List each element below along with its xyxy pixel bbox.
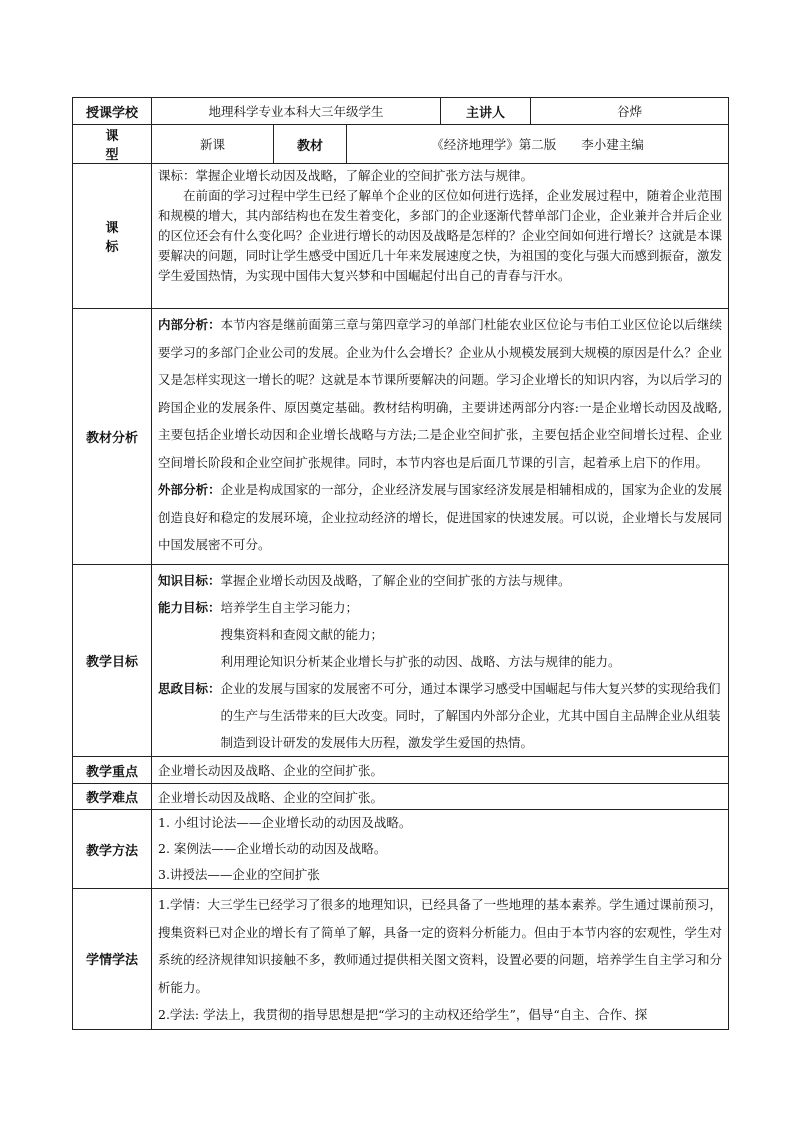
row-type: 课型 新课 教材 《经济地理学》第二版 李小建主编 bbox=[73, 125, 729, 164]
difficulties-text: 企业增长动因及战略、企业的空间扩张。 bbox=[152, 784, 729, 810]
knowledge-goal-text: 掌握企业增长动因及战略，了解企业的空间扩张的方法与规律。 bbox=[221, 567, 722, 594]
row-methods: 教学方法 1. 小组讨论法——企业增长动的动因及战略。 2. 案例法——企业增长… bbox=[73, 810, 729, 889]
row-learning: 学情学法 1.学情：大三学生已经学习了很多的地理知识，已经具备了一些地理的基本素… bbox=[73, 889, 729, 1030]
method-item: 2. 案例法——企业增长动的动因及战略。 bbox=[158, 836, 722, 862]
ability-goal-item: 搜集资料和查阅文献的能力； bbox=[221, 621, 722, 648]
row-difficulties: 教学难点 企业增长动因及战略、企业的空间扩张。 bbox=[73, 784, 729, 810]
textbook-value: 《经济地理学》第二版 李小建主编 bbox=[347, 125, 729, 164]
learning-situation: 1.学情：大三学生已经学习了很多的地理知识，已经具备了一些地理的基本素养。学生通… bbox=[158, 891, 722, 1001]
ideology-goal: 思政目标： 企业的发展与国家的发展密不可分，通过本课学习感受中国崛起与伟大复兴梦… bbox=[158, 675, 722, 756]
row-goals: 教学目标 知识目标： 掌握企业增长动因及战略，了解企业的空间扩张的方法与规律。 … bbox=[73, 565, 729, 757]
row-analysis: 教材分析 内部分析：本节内容是继前面第三章与第四章学习的单部门杜能农业区位论与韦… bbox=[73, 309, 729, 565]
method-item: 1. 小组讨论法——企业增长动的动因及战略。 bbox=[158, 810, 722, 836]
key-points-text: 企业增长动因及战略、企业的空间扩张。 bbox=[152, 757, 729, 784]
method-item: 3.讲授法——企业的空间扩张 bbox=[158, 862, 722, 888]
standard-line: 课标：掌握企业增长动因及战略，了解企业的空间扩张方法与规律。 bbox=[158, 166, 722, 186]
learning-label: 学情学法 bbox=[73, 889, 152, 1030]
methods-label: 教学方法 bbox=[73, 810, 152, 889]
standard-content: 课标：掌握企业增长动因及战略，了解企业的空间扩张方法与规律。 在前面的学习过程中… bbox=[152, 164, 729, 309]
goals-content: 知识目标： 掌握企业增长动因及战略，了解企业的空间扩张的方法与规律。 能力目标：… bbox=[152, 565, 729, 757]
internal-analysis-title: 内部分析： bbox=[158, 317, 221, 332]
analysis-label: 教材分析 bbox=[73, 309, 152, 565]
lecturer-label: 主讲人 bbox=[441, 98, 531, 125]
goals-label: 教学目标 bbox=[73, 565, 152, 757]
external-analysis-text: 企业是构成国家的一部分，企业经济发展与国家经济发展是相辅相成的，国家为企业的发展… bbox=[158, 482, 722, 552]
lesson-plan-table: 授课学校 地理科学专业本科大三年级学生 主讲人 谷烨 课型 新课 教材 《经济地… bbox=[72, 97, 729, 1030]
school-value: 地理科学专业本科大三年级学生 bbox=[152, 98, 441, 125]
lesson-plan-page: 授课学校 地理科学专业本科大三年级学生 主讲人 谷烨 课型 新课 教材 《经济地… bbox=[72, 97, 728, 1030]
textbook-label: 教材 bbox=[274, 125, 347, 164]
lecturer-value: 谷烨 bbox=[531, 98, 729, 125]
row-key-points: 教学重点 企业增长动因及战略、企业的空间扩张。 bbox=[73, 757, 729, 784]
internal-analysis: 内部分析：本节内容是继前面第三章与第四章学习的单部门杜能农业区位论与韦伯工业区位… bbox=[158, 311, 722, 476]
learning-method: 2.学法: 学法上，我贯彻的指导思想是把“学习的主动权还给学生”，倡导“自主、合… bbox=[158, 1001, 722, 1029]
difficulties-label: 教学难点 bbox=[73, 784, 152, 810]
ideology-goal-title: 思政目标： bbox=[158, 675, 221, 756]
key-points-label: 教学重点 bbox=[73, 757, 152, 784]
type-value: 新课 bbox=[152, 125, 274, 164]
ability-goal-list: 培养学生自主学习能力； 搜集资料和查阅文献的能力； 利用理论知识分析某企业增长与… bbox=[221, 594, 722, 675]
type-label: 课型 bbox=[73, 125, 152, 164]
external-analysis: 外部分析：企业是构成国家的一部分，企业经济发展与国家经济发展是相辅相成的，国家为… bbox=[158, 476, 722, 559]
internal-analysis-text: 本节内容是继前面第三章与第四章学习的单部门杜能农业区位论与韦伯工业区位论以后继续… bbox=[158, 317, 722, 470]
standard-paragraph: 在前面的学习过程中学生已经了解单个企业的区位如何进行选择，企业发展过程中，随着企… bbox=[158, 186, 722, 286]
methods-content: 1. 小组讨论法——企业增长动的动因及战略。 2. 案例法——企业增长动的动因及… bbox=[152, 810, 729, 889]
knowledge-goal-title: 知识目标： bbox=[158, 567, 221, 594]
analysis-content: 内部分析：本节内容是继前面第三章与第四章学习的单部门杜能农业区位论与韦伯工业区位… bbox=[152, 309, 729, 565]
external-analysis-title: 外部分析： bbox=[158, 482, 221, 497]
ability-goal: 能力目标： 培养学生自主学习能力； 搜集资料和查阅文献的能力； 利用理论知识分析… bbox=[158, 594, 722, 675]
knowledge-goal: 知识目标： 掌握企业增长动因及战略，了解企业的空间扩张的方法与规律。 bbox=[158, 567, 722, 594]
ability-goal-item: 培养学生自主学习能力； bbox=[221, 594, 722, 621]
ability-goal-title: 能力目标： bbox=[158, 594, 221, 675]
standard-label: 课标 bbox=[73, 164, 152, 309]
ability-goal-item: 利用理论知识分析某企业增长与扩张的动因、战略、方法与规律的能力。 bbox=[221, 648, 722, 675]
ideology-goal-text: 企业的发展与国家的发展密不可分，通过本课学习感受中国崛起与伟大复兴梦的实现给我们… bbox=[221, 675, 722, 756]
row-school: 授课学校 地理科学专业本科大三年级学生 主讲人 谷烨 bbox=[73, 98, 729, 125]
row-standard: 课标 课标：掌握企业增长动因及战略，了解企业的空间扩张方法与规律。 在前面的学习… bbox=[73, 164, 729, 309]
school-label: 授课学校 bbox=[73, 98, 152, 125]
learning-content: 1.学情：大三学生已经学习了很多的地理知识，已经具备了一些地理的基本素养。学生通… bbox=[152, 889, 729, 1030]
